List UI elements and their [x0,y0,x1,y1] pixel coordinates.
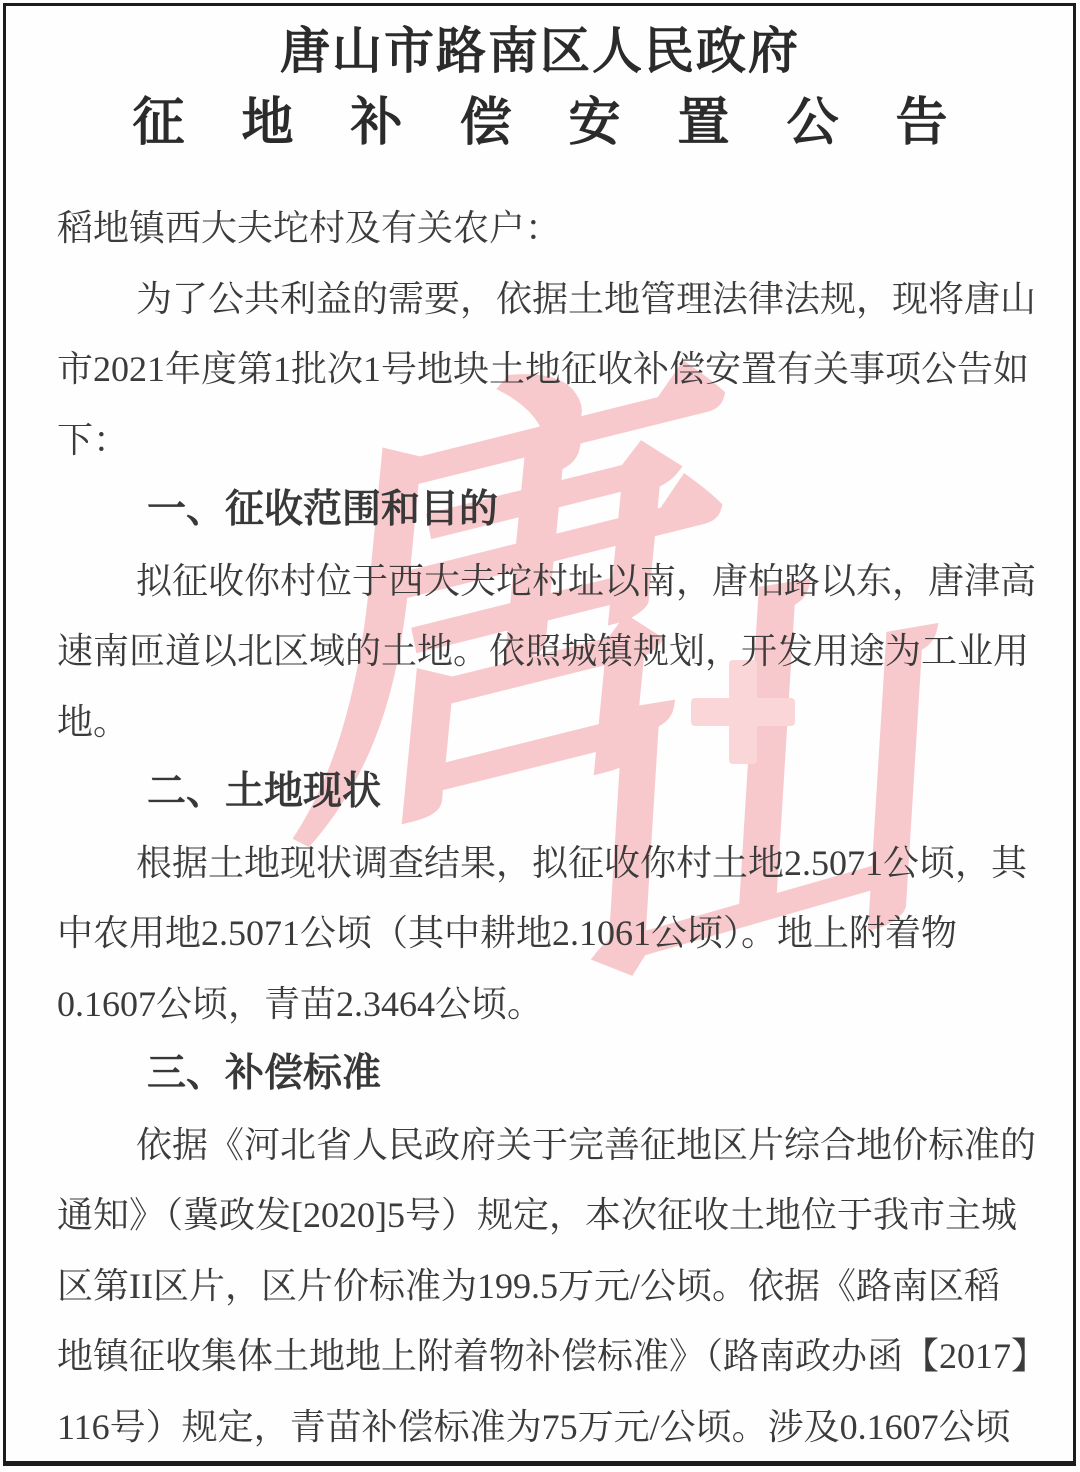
title-government-name: 唐山市路南区人民政府 [0,14,1080,88]
document-line: 市2021年度第1批次1号地块土地征收补偿安置有关事项公告如 [57,334,1060,405]
document-line: 0.1607公顷，青苗2.3464公顷。 [57,969,1060,1040]
document-line: 区第II区片，区片价标准为199.5万元/公顷。依据《路南区稻 [57,1251,1060,1322]
document-line: 中农用地2.5071公顷（其中耕地2.1061公顷）。地上附着物 [57,898,1060,969]
document-line: 116号）规定，青苗补偿标准为75万元/公顷。涉及0.1607公顷 [57,1392,1060,1463]
document-title: 唐山市路南区人民政府 征 地 补 偿 安 置 公 告 [0,14,1080,160]
document-line: 为了公共利益的需要，依据土地管理法律法规，现将唐山 [57,264,1060,335]
section-heading: 二、土地现状 [57,757,1060,828]
document-line: 拟征收你村位于西大夫坨村址以南，唐柏路以东，唐津高 [57,546,1060,617]
announcement-page: 唐 山 唐山市路南区人民政府 征 地 补 偿 安 置 公 告 稻地镇西大夫坨村及… [0,0,1080,1472]
document-line: 地。 [57,687,1060,758]
section-heading: 三、补偿标准 [57,1039,1060,1110]
document-line: 地镇征收集体土地地上附着物补偿标准》（路南政办函【2017】 [57,1321,1060,1392]
document-line: 下： [57,405,1060,476]
section-heading: 一、征收范围和目的 [57,475,1060,546]
document-body: 稻地镇西大夫坨村及有关农户：为了公共利益的需要，依据土地管理法律法规，现将唐山市… [57,193,1060,1462]
document-line: 稻地镇西大夫坨村及有关农户： [57,193,1060,264]
title-announcement-name: 征 地 补 偿 安 置 公 告 [0,88,1080,160]
document-line: 速南匝道以北区域的土地。依照城镇规划，开发用途为工业用 [57,616,1060,687]
document-line: 根据土地现状调查结果，拟征收你村土地2.5071公顷，其 [57,828,1060,899]
document-line: 通知》（冀政发[2020]5号）规定，本次征收土地位于我市主城 [57,1180,1060,1251]
document-line: 依据《河北省人民政府关于完善征地区片综合地价标准的 [57,1110,1060,1181]
